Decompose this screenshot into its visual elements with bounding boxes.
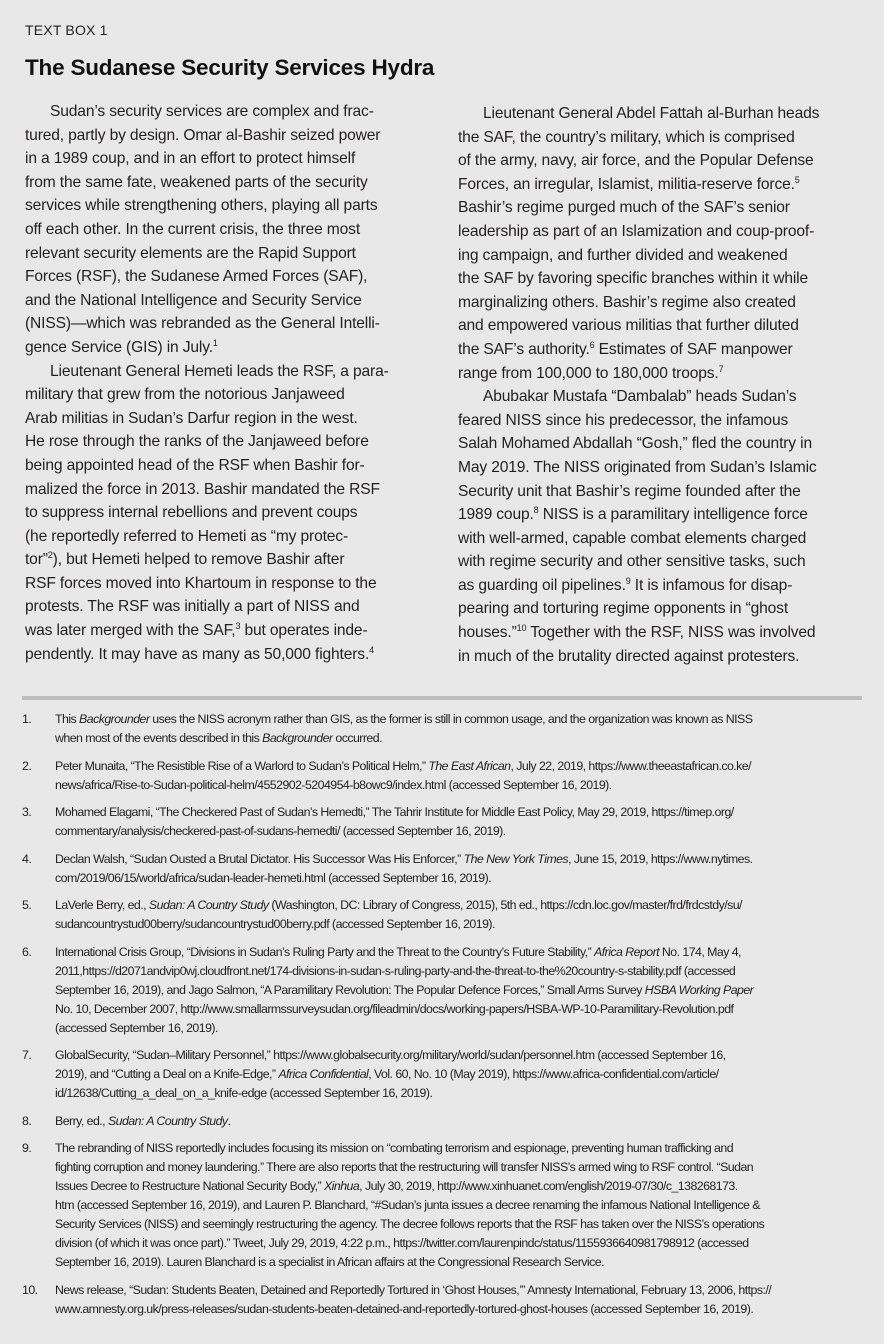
text-line: ing campaign, and further divided and we… [458, 244, 863, 268]
text-line: services while strengthening others, pla… [25, 194, 420, 218]
text-line: the SAF’s authority.6 Estimates of SAF m… [458, 338, 863, 362]
text-line: military that grew from the notorious Ja… [25, 383, 420, 407]
footnote-number: 4. [22, 850, 55, 888]
footnote-item: 2.Peter Munaita, “The Resistible Rise of… [22, 757, 867, 795]
text-line: Security unit that Bashir’s regime found… [458, 480, 863, 504]
footnote-number: 5. [22, 896, 55, 934]
footnote-item: 9.The rebranding of NISS reportedly incl… [22, 1139, 867, 1272]
text-line: (NISS)—which was rebranded as the Genera… [25, 312, 420, 336]
italic-title: The New York Times [464, 852, 569, 866]
footnote-number: 6. [22, 943, 55, 1038]
footnote-item: 5.LaVerle Berry, ed., Sudan: A Country S… [22, 896, 867, 934]
text-line: (he reportedly referred to Hemeti as “my… [25, 525, 420, 549]
footnote-ref[interactable]: 10 [517, 623, 527, 633]
text-line: Lieutenant General Abdel Fattah al-Burha… [458, 102, 863, 126]
text-line: and empowered various militias that furt… [458, 314, 863, 338]
text-line: pearing and torturing regime opponents i… [458, 597, 863, 621]
italic-title: Backgrounder [79, 712, 149, 726]
italic-title: Sudan: A Country Study [149, 898, 269, 912]
footnotes-list: 1.This Backgrounder uses the NISS acrony… [22, 710, 867, 1327]
text-line: 1989 coup.8 NISS is a paramilitary intel… [458, 503, 863, 527]
italic-title: HSBA Working Paper [645, 983, 754, 997]
footnote-number: 7. [22, 1046, 55, 1103]
text-line: May 2019. The NISS originated from Sudan… [458, 456, 863, 480]
footnote-text: LaVerle Berry, ed., Sudan: A Country Stu… [55, 896, 867, 934]
text-line: in much of the brutality directed agains… [458, 645, 863, 669]
footnote-ref[interactable]: 5 [795, 175, 800, 185]
footnote-ref[interactable]: 4 [369, 645, 374, 655]
text-line: Bashir’s regime purged much of the SAF’s… [458, 196, 863, 220]
footnote-text: Berry, ed., Sudan: A Country Study. [55, 1112, 867, 1131]
italic-title: Backgrounder [262, 731, 332, 745]
paragraph-rsf: Lieutenant General Hemeti leads the RSF,… [25, 360, 420, 667]
text-line: RSF forces moved into Khartoum in respon… [25, 572, 420, 596]
italic-title: The East African [428, 759, 510, 773]
text-line: pendently. It may have as many as 50,000… [25, 643, 420, 667]
footnote-ref[interactable]: 7 [719, 364, 724, 374]
text-line: gence Service (GIS) in July.1 [25, 336, 420, 360]
paragraph-niss: Abubakar Mustafa “Dambalab” heads Sudan’… [458, 385, 863, 668]
footnote-item: 6.International Crisis Group, “Divisions… [22, 943, 867, 1038]
text-line: off each other. In the current crisis, t… [25, 218, 420, 242]
italic-title: Africa Report [594, 945, 659, 959]
footnote-text: This Backgrounder uses the NISS acronym … [55, 710, 867, 748]
text-line: as guarding oil pipelines.9 It is infamo… [458, 574, 863, 598]
footnote-item: 8.Berry, ed., Sudan: A Country Study. [22, 1112, 867, 1131]
text-line: with well-armed, capable combat elements… [458, 527, 863, 551]
text-line: and the National Intelligence and Securi… [25, 289, 420, 313]
footnote-item: 7.GlobalSecurity, “Sudan–Military Person… [22, 1046, 867, 1103]
footnotes-divider [22, 696, 862, 700]
footnote-item: 4.Declan Walsh, “Sudan Ousted a Brutal D… [22, 850, 867, 888]
footnote-number: 9. [22, 1139, 55, 1272]
text-line: malized the force in 2013. Bashir mandat… [25, 478, 420, 502]
footnote-text: News release, “Sudan: Students Beaten, D… [55, 1281, 867, 1319]
footnote-item: 3.Mohamed Elagami, “The Checkered Past o… [22, 803, 867, 841]
footnote-number: 10. [22, 1281, 55, 1319]
text-line: to suppress internal rebellions and prev… [25, 501, 420, 525]
italic-title: Sudan: A Country Study [108, 1114, 228, 1128]
paragraph-saf: Lieutenant General Abdel Fattah al-Burha… [458, 102, 863, 385]
footnote-number: 2. [22, 757, 55, 795]
footnote-text: International Crisis Group, “Divisions i… [55, 943, 867, 1038]
text-line: feared NISS since his predecessor, the i… [458, 409, 863, 433]
text-line: houses.”10 Together with the RSF, NISS w… [458, 621, 863, 645]
text-line: tured, partly by design. Omar al-Bashir … [25, 124, 420, 148]
text-line: He rose through the ranks of the Janjawe… [25, 430, 420, 454]
text-line: Salah Mohamed Abdallah “Gosh,” fled the … [458, 432, 863, 456]
text-line: protests. The RSF was initially a part o… [25, 595, 420, 619]
footnote-number: 8. [22, 1112, 55, 1131]
footnote-number: 3. [22, 803, 55, 841]
footnote-text: The rebranding of NISS reportedly includ… [55, 1139, 867, 1272]
text-line: range from 100,000 to 180,000 troops.7 [458, 362, 863, 386]
italic-title: Africa Confidential [278, 1067, 368, 1081]
text-line: Abubakar Mustafa “Dambalab” heads Sudan’… [458, 385, 863, 409]
text-box: TEXT BOX 1 The Sudanese Security Service… [0, 0, 884, 1344]
text-line: the SAF by favoring specific branches wi… [458, 267, 863, 291]
text-line: Forces, an irregular, Islamist, militia-… [458, 173, 863, 197]
text-line: Arab militias in Sudan’s Darfur region i… [25, 407, 420, 431]
footnote-item: 10.News release, “Sudan: Students Beaten… [22, 1281, 867, 1319]
text-line: from the same fate, weakened parts of th… [25, 171, 420, 195]
text-line: relevant security elements are the Rapid… [25, 242, 420, 266]
text-box-title: The Sudanese Security Services Hydra [25, 55, 434, 81]
footnote-text: GlobalSecurity, “Sudan–Military Personne… [55, 1046, 867, 1103]
text-line: leadership as part of an Islamization an… [458, 220, 863, 244]
text-line: marginalizing others. Bashir’s regime al… [458, 291, 863, 315]
text-line: with regime security and other sensitive… [458, 550, 863, 574]
left-column: Sudan’s security services are complex an… [25, 100, 420, 666]
text-line: the SAF, the country’s military, which i… [458, 126, 863, 150]
italic-title: Xinhua [324, 1179, 359, 1193]
text-line: Forces (RSF), the Sudanese Armed Forces … [25, 265, 420, 289]
text-line: Lieutenant General Hemeti leads the RSF,… [25, 360, 420, 384]
text-line: being appointed head of the RSF when Bas… [25, 454, 420, 478]
text-line: in a 1989 coup, and in an effort to prot… [25, 147, 420, 171]
paragraph-security-overview: Sudan’s security services are complex an… [25, 100, 420, 360]
text-line: of the army, navy, air force, and the Po… [458, 149, 863, 173]
footnote-ref[interactable]: 1 [213, 338, 218, 348]
right-column: Lieutenant General Abdel Fattah al-Burha… [458, 102, 863, 668]
footnote-text: Declan Walsh, “Sudan Ousted a Brutal Dic… [55, 850, 867, 888]
footnote-text: Mohamed Elagami, “The Checkered Past of … [55, 803, 867, 841]
text-box-label: TEXT BOX 1 [25, 22, 108, 38]
footnote-number: 1. [22, 710, 55, 748]
footnote-item: 1.This Backgrounder uses the NISS acrony… [22, 710, 867, 748]
text-line: tor”2), but Hemeti helped to remove Bash… [25, 548, 420, 572]
text-line: Sudan’s security services are complex an… [25, 100, 420, 124]
footnote-text: Peter Munaita, “The Resistible Rise of a… [55, 757, 867, 795]
text-line: was later merged with the SAF,3 but oper… [25, 619, 420, 643]
